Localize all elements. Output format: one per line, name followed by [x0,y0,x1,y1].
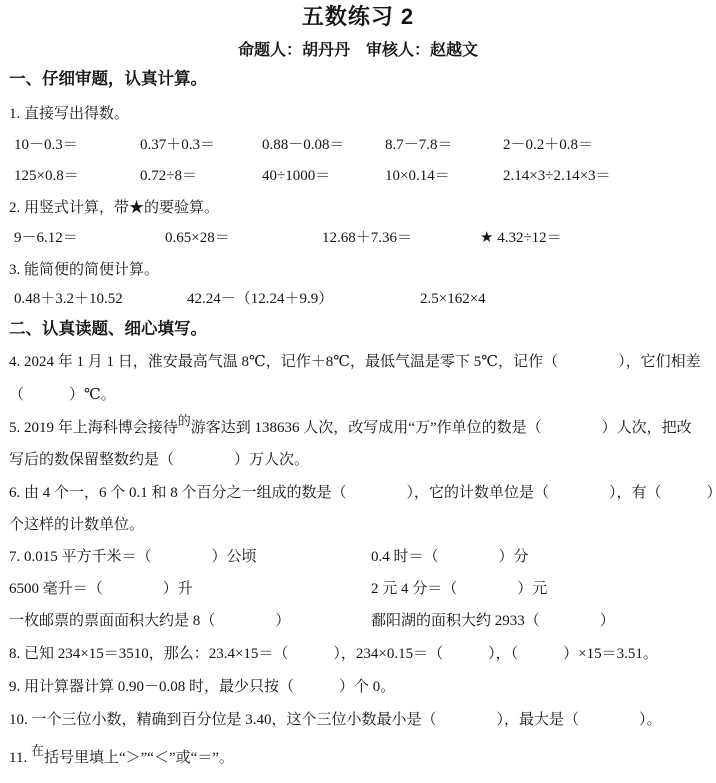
question-9: 9. 用计算器计算 0.90－0.08 时，最少只按（ ）个 0。 [9,677,712,697]
question-6-line-2: 个这样的计数单位。 [9,515,712,535]
q1-expression: 10－0.3＝ [14,135,140,155]
section1-heading: 一、仔细审题，认真计算。 [9,69,712,89]
q3-expression: 42.24－（12.24＋9.9） [187,289,420,309]
q1-expression: 125×0.8＝ [14,166,140,186]
q1-expression: 10×0.14＝ [385,166,503,186]
q7-conversion: 鄱阳湖的面积大约 2933（ ） [371,611,615,631]
q2-row: 9－6.12＝0.65×28＝12.68＋7.36＝★ 4.32÷12＝ [14,228,712,248]
q3-row: 0.48＋3.2＋10.5242.24－（12.24＋9.9）2.5×162×4 [14,289,712,309]
q1-expression: 0.37＋0.3＝ [140,135,262,155]
q2-expression: 9－6.12＝ [14,228,165,248]
q5-inserted-char: 的 [178,413,191,428]
question-4-line-2: （ ）℃。 [9,385,712,405]
question-8: 8. 已知 234×15＝3510，那么：23.4×15＝（ ），234×0.1… [9,644,712,664]
q11-inserted-char: 在 [31,743,44,758]
q1-label: 1. 直接写出得数。 [9,104,712,124]
q2-expression: 0.65×28＝ [165,228,322,248]
q3-expression: 2.5×162×4 [420,289,486,309]
section2-heading: 二、认真读题、细心填写。 [9,319,712,339]
q1-expression: 0.88－0.08＝ [262,135,385,155]
q5-text: 游客达到 138636 人次，改写成用“万”作单位的数是（ ）人次，把改 [191,420,692,436]
q11-text: 括号里填上“＞”“＜”或“＝”。 [44,750,234,766]
q5-text: 5. 2019 年上海科博会接待 [9,420,178,436]
q1-expression: 40÷1000＝ [262,166,385,186]
q7-conversion: 6500 毫升＝（ ）升 [9,579,371,599]
q3-expression: 0.48＋3.2＋10.52 [14,289,187,309]
question-10: 10. 一个三位小数，精确到百分位是 3.40，这个三位小数最小是（ ），最大是… [9,710,712,730]
question-4-line-1: 4. 2024 年 1 月 1 日，淮安最高气温 8℃，记作＋8℃，最低气温是零… [9,352,712,372]
q1-expression: 8.7－7.8＝ [385,135,503,155]
question-7-row-2: 6500 毫升＝（ ）升2 元 4 分＝（ ）元 [9,579,712,599]
byline: 命题人：胡丹丹 审核人：赵越文 [0,41,716,61]
q3-label: 3. 能简便的简便计算。 [9,260,712,280]
q1-expression: 2.14×3÷2.14×3＝ [503,166,611,186]
q1-expression: 0.72÷8＝ [140,166,262,186]
q1-row-1: 10－0.3＝0.37＋0.3＝0.88－0.08＝8.7－7.8＝2－0.2＋… [14,135,712,155]
q1-expression: 2－0.2＋0.8＝ [503,135,593,155]
q2-expression: 12.68＋7.36＝ [322,228,480,248]
q7-conversion: 7. 0.015 平方千米＝（ ）公顷 [9,547,371,567]
question-7-row-3: 一枚邮票的票面面积大约是 8（ ）鄱阳湖的面积大约 2933（ ） [9,611,712,631]
worksheet-page: 五数练习 2 命题人：胡丹丹 审核人：赵越文 一、仔细审题，认真计算。 1. 直… [0,0,716,783]
q1-row-2: 125×0.8＝0.72÷8＝40÷1000＝10×0.14＝2.14×3÷2.… [14,166,712,186]
q2-expression-starred: ★ 4.32÷12＝ [480,228,562,248]
q7-conversion: 0.4 时＝（ ）分 [371,547,529,567]
question-11: 11. 在括号里填上“＞”“＜”或“＝”。 [9,748,712,768]
question-6-line-1: 6. 由 4 个一，6 个 0.1 和 8 个百分之一组成的数是（ ），它的计数… [9,483,712,503]
question-7-row-1: 7. 0.015 平方千米＝（ ）公顷0.4 时＝（ ）分 [9,547,712,567]
q2-label: 2. 用竖式计算，带★的要验算。 [9,198,712,218]
question-5-line-1: 5. 2019 年上海科博会接待的游客达到 138636 人次，改写成用“万”作… [9,418,712,438]
question-5-line-2: 写后的数保留整数约是（ ）万人次。 [9,450,712,470]
q7-conversion: 一枚邮票的票面面积大约是 8（ ） [9,611,371,631]
page-title: 五数练习 2 [0,7,716,27]
q7-conversion: 2 元 4 分＝（ ）元 [371,579,547,599]
q11-number: 11. [9,750,31,766]
